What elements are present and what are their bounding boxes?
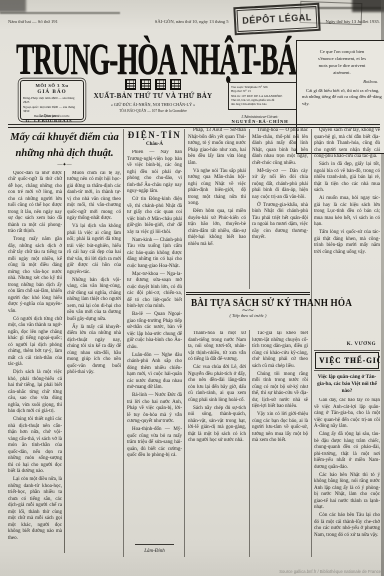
telegrams-header: ĐIỆN-TÍN bbox=[127, 130, 182, 140]
gerant-block: L'Administrateur-Gérant: NGUYỄN-BÁ-CHÍNH bbox=[228, 115, 292, 124]
issue-number: Năm thứ hai — Số thứ 191 bbox=[8, 19, 58, 24]
paragraph: Quyển sách chữ tây, không về quan-hệ gì,… bbox=[314, 128, 380, 161]
paragraph: Chúng tôi mong rằng mỗi tỉnh trong nước … bbox=[252, 372, 308, 411]
paragraph: Các vua chúa đời Lê, đời Nguyễn đều phát… bbox=[188, 365, 246, 404]
paragraph: Vả lại dịch văn không phải là việc ai cũ… bbox=[67, 224, 121, 276]
article-body: Quốc-dân ta nhờ được chữ quốc-ngữ là thứ… bbox=[8, 171, 121, 553]
quote-translation: Cái gì đã hiểu biết rõ, thì nói ra rõ-rà… bbox=[302, 88, 382, 109]
article-title-line2: những nhà dịch thuật. bbox=[8, 146, 121, 162]
paragraph: Mễ-tây-cơ — Dân cày xứ ấy nổi lên đòi ch… bbox=[252, 169, 308, 202]
telegrams-subheader: Châu-Á bbox=[127, 142, 182, 147]
paragraph: Còn các báo bên Tàu lại cho đó là một cá… bbox=[314, 513, 380, 539]
news-column-d: Trung-hoa — Ở phía Bắc Mãn-châu, thổ-phỉ… bbox=[252, 128, 308, 290]
paragraph: Gần đây, các báo tây có luận về việc Anh… bbox=[314, 398, 380, 431]
paragraph: Các báo bên Nhật thì tỏ ý không bằng lòn… bbox=[314, 473, 380, 512]
headline-rule bbox=[186, 292, 310, 293]
paragraph: Tấm lòng vì quốc-sử của tác-giả thật đán… bbox=[314, 230, 380, 256]
paragraph: Mạc-tư-khoa — Nga-la-tư đương sửa-soạn m… bbox=[127, 272, 182, 311]
paragraph: Ngoại-quốc: một năm 6$00 — sáu tháng 3$5… bbox=[23, 105, 81, 114]
paragraph: Đêm hôm qua, tại miền duyên-hải xứ Phúc-… bbox=[188, 209, 246, 248]
paragraph: Lại còn một điều nữa, là những danh-từ k… bbox=[8, 477, 62, 542]
place-date: SÀI-GÒN, năm thứ 10, ngày 13 tháng 5 bbox=[155, 19, 229, 24]
director-name: G. LEBOURDAIS bbox=[20, 118, 78, 123]
newspaper-page: Năm thứ hai — Số thứ 191 SÀI-GÒN, năm th… bbox=[0, 0, 384, 576]
telegrams-column: ĐIỆN-TÍN Châu-Á Phiên — Nầy ban Trương-n… bbox=[127, 130, 182, 557]
author-signature: K. VƯƠNG bbox=[314, 341, 380, 350]
telegrams-body: Phiên — Nầy ban Trương-nghị-viện họp bàn… bbox=[127, 150, 182, 542]
paragraph: Đông-Pháp: một năm 4$00 — sáu tháng 2$25 bbox=[23, 96, 81, 105]
paragraph: Ấy là mấy cái khuyết-điểm lớn của những … bbox=[67, 325, 121, 377]
paragraph: Pháp, 13 Août — Sứ-thần Nhật-bổn đến yết… bbox=[188, 128, 246, 167]
world-affairs-lead: Việc lập quân-cảng ở Tân-gia-ba, các báo… bbox=[316, 374, 378, 395]
paragraph: Thanh-hóa là một xứ danh-tiếng trong nướ… bbox=[188, 331, 246, 364]
column-divider bbox=[311, 129, 312, 557]
chinese-glyph-icon bbox=[125, 79, 136, 90]
price-per-issue: MỖI SỐ 3 Xu bbox=[23, 83, 81, 88]
ornament-divider: —✦— bbox=[8, 164, 121, 168]
gallica-watermark: Source gallica.bnf.fr / Bibliothèque nat… bbox=[279, 569, 381, 574]
chinese-glyph-icon bbox=[140, 79, 151, 90]
director-block: Le Directeur: G. LEBOURDAIS bbox=[20, 114, 78, 123]
office-info-box: Tòa soạn: Téléphone N° 326Hộp thơ: N° 13… bbox=[228, 82, 298, 110]
french-quote: Ce que l'on conçoit biens'énonce clairem… bbox=[302, 49, 382, 77]
paragraph: tên ông Chủ-nhiệm Tòa báo bbox=[231, 102, 295, 106]
column-divider bbox=[184, 129, 185, 557]
paragraph: Chúng tôi thiết nghĩ các nhà dịch-thuật … bbox=[8, 417, 62, 476]
paragraph: Quốc-dân ta nhờ được chữ quốc-ngữ là thứ… bbox=[8, 171, 62, 236]
paragraph: Muốn chữa cái tệ ấy, tưởng nên có một hộ… bbox=[67, 171, 121, 223]
paragraph: Sách in đã đẹp, giấy lại tốt, ngoài bìa … bbox=[314, 162, 380, 195]
publication-days: XUẤT-BẢN THỨ TƯ VÀ THỨ BẢY bbox=[80, 92, 226, 100]
column-divider bbox=[249, 129, 250, 289]
chinese-glyph-icon bbox=[155, 79, 166, 90]
chinese-glyph-icon bbox=[170, 79, 181, 90]
article-title-line1: Mấy cái khuyết điểm của bbox=[8, 130, 121, 146]
paragraph: Trung-hoa — Ở phía Bắc Mãn-châu, thổ-phỉ… bbox=[252, 128, 308, 167]
world-affairs-header-box: VIỆC THẾ-GIỚI bbox=[315, 352, 379, 369]
paragraph: Trong mấy năm gần đây, những sách dịch ở… bbox=[8, 237, 62, 315]
stamp-label: DÉPÔT LÉGAL bbox=[242, 12, 312, 26]
scan-scratch-top bbox=[0, 12, 120, 14]
paragraph: Nam-kinh — Chánh-phủ Tàu vừa xuống lịnh … bbox=[127, 238, 182, 271]
chinese-title-glyphs bbox=[80, 79, 226, 90]
paragraph: Dịch sách là một việc khó, phải thông-hi… bbox=[8, 370, 62, 416]
column-divider bbox=[249, 330, 250, 557]
paragraph: Bá-linh — Nước Đức đã trả lời cho hai nư… bbox=[127, 393, 182, 426]
paragraph: Ba-lê — Quan Ngoại-giao tổng-trưởng Pháp… bbox=[127, 312, 182, 351]
thanh-hoa-continuation: Quyển sách chữ tây, không về quan-hệ gì,… bbox=[314, 128, 380, 341]
paragraph: Luân-đôn — Nghe đâu chánh-phủ Anh sắp ch… bbox=[127, 353, 182, 392]
price-rows: Đông-Pháp: một năm 4$00 — sáu tháng 2$25… bbox=[23, 96, 81, 113]
paragraph: Vậy xin có lời giới-thiệu cùng các bạn đ… bbox=[252, 412, 308, 445]
telegrams-signature: Lâm-Đính bbox=[127, 547, 182, 557]
paragraph: Cảng ấy đã rộng lại sâu, tàu-bè đậu được… bbox=[314, 432, 380, 471]
thanh-hoa-left-column: Thanh-hóa là một xứ danh-tiếng trong nướ… bbox=[188, 331, 246, 557]
paragraph: s'énonce clairement, et les bbox=[302, 56, 382, 63]
paragraph: Tác-giả lại khéo biết lượm-lặt những chu… bbox=[252, 331, 308, 370]
scan-smudge-top-left bbox=[0, 0, 26, 12]
masthead-center-block: XUẤT-BẢN THỨ TƯ VÀ THỨ BẢY « GIỮ ĐỨC ÁI-… bbox=[80, 79, 226, 113]
paragraph: Ai muốn mua, hỏi ngay tác-giả hay là các… bbox=[314, 196, 380, 229]
paragraph: mots pour le dire arrivent bbox=[302, 63, 382, 70]
world-affairs-body: Gần đây, các báo tây có luận về việc Anh… bbox=[314, 398, 380, 557]
headline-rule bbox=[186, 294, 310, 295]
motto: « GIỮ ĐỨC ÁI-NHÂN, NOI THEO CHÂN-LÝ » bbox=[80, 102, 226, 107]
depot-legal-stamp: DÉPÔT LÉGAL bbox=[233, 3, 320, 35]
paragraph: Ở Trương-gia-khẩu, nhà binh Nhật đòi chá… bbox=[252, 203, 308, 242]
news-column-c: Pháp, 13 Août — Sứ-thần Nhật-bổn đến yết… bbox=[188, 128, 246, 290]
thanh-hoa-right-column: Tác-giả lại khéo biết lượm-lặt những chu… bbox=[252, 331, 308, 557]
thanh-hoa-headline-block: BÀI TỰA SÁCH SỬ KÝ THANH HÓA ⁓⁓ ( Tiếp t… bbox=[186, 292, 310, 318]
column-divider bbox=[123, 129, 124, 557]
paragraph: Những bản dịch vội-vàng, câu văn lủng-củ… bbox=[67, 278, 121, 324]
article-translators: Mấy cái khuyết điểm của những nhà dịch t… bbox=[8, 130, 121, 557]
telegrams-end-rule bbox=[135, 544, 174, 545]
quote-signature: Boileau. bbox=[302, 79, 378, 84]
paragraph: Có người dịch từng chữ một, câu văn thàn… bbox=[8, 317, 62, 369]
paragraph: aisément. bbox=[302, 70, 382, 77]
paragraph: Phiên — Nầy ban Trương-nghị-viện họp bàn… bbox=[127, 150, 182, 196]
paragraph: Ce que l'on conçoit bien bbox=[302, 49, 382, 56]
office-address: TÒA BÁO-QUÁN — 107 Rue de la Grandière bbox=[80, 109, 226, 113]
price-title: GIÁ BÁO bbox=[23, 89, 81, 95]
right-column: Quyển sách chữ tây, không về quan-hệ gì,… bbox=[314, 128, 380, 557]
thanh-hoa-subtitle: ( Tiếp theo số trước ) bbox=[186, 313, 310, 318]
paragraph: Hoa-thịnh-đốn — Mỹ-quốc cũng vừa bỏ ra m… bbox=[127, 427, 182, 460]
header-rule-1 bbox=[8, 124, 380, 125]
paragraph: Vả nghe nói Tàu sắp phái tướng qua Mãn-c… bbox=[188, 169, 246, 208]
paragraph: Cứ tin Đông-kinh điện về, thì chánh-phủ … bbox=[127, 197, 182, 236]
world-affairs-title: VIỆC THẾ-GIỚI bbox=[319, 356, 375, 365]
paragraph: Sách nầy chép đủ sự-tích núi sông, thành… bbox=[188, 406, 246, 445]
thanh-hoa-title: BÀI TỰA SÁCH SỬ KÝ THANH HÓA bbox=[191, 298, 305, 309]
